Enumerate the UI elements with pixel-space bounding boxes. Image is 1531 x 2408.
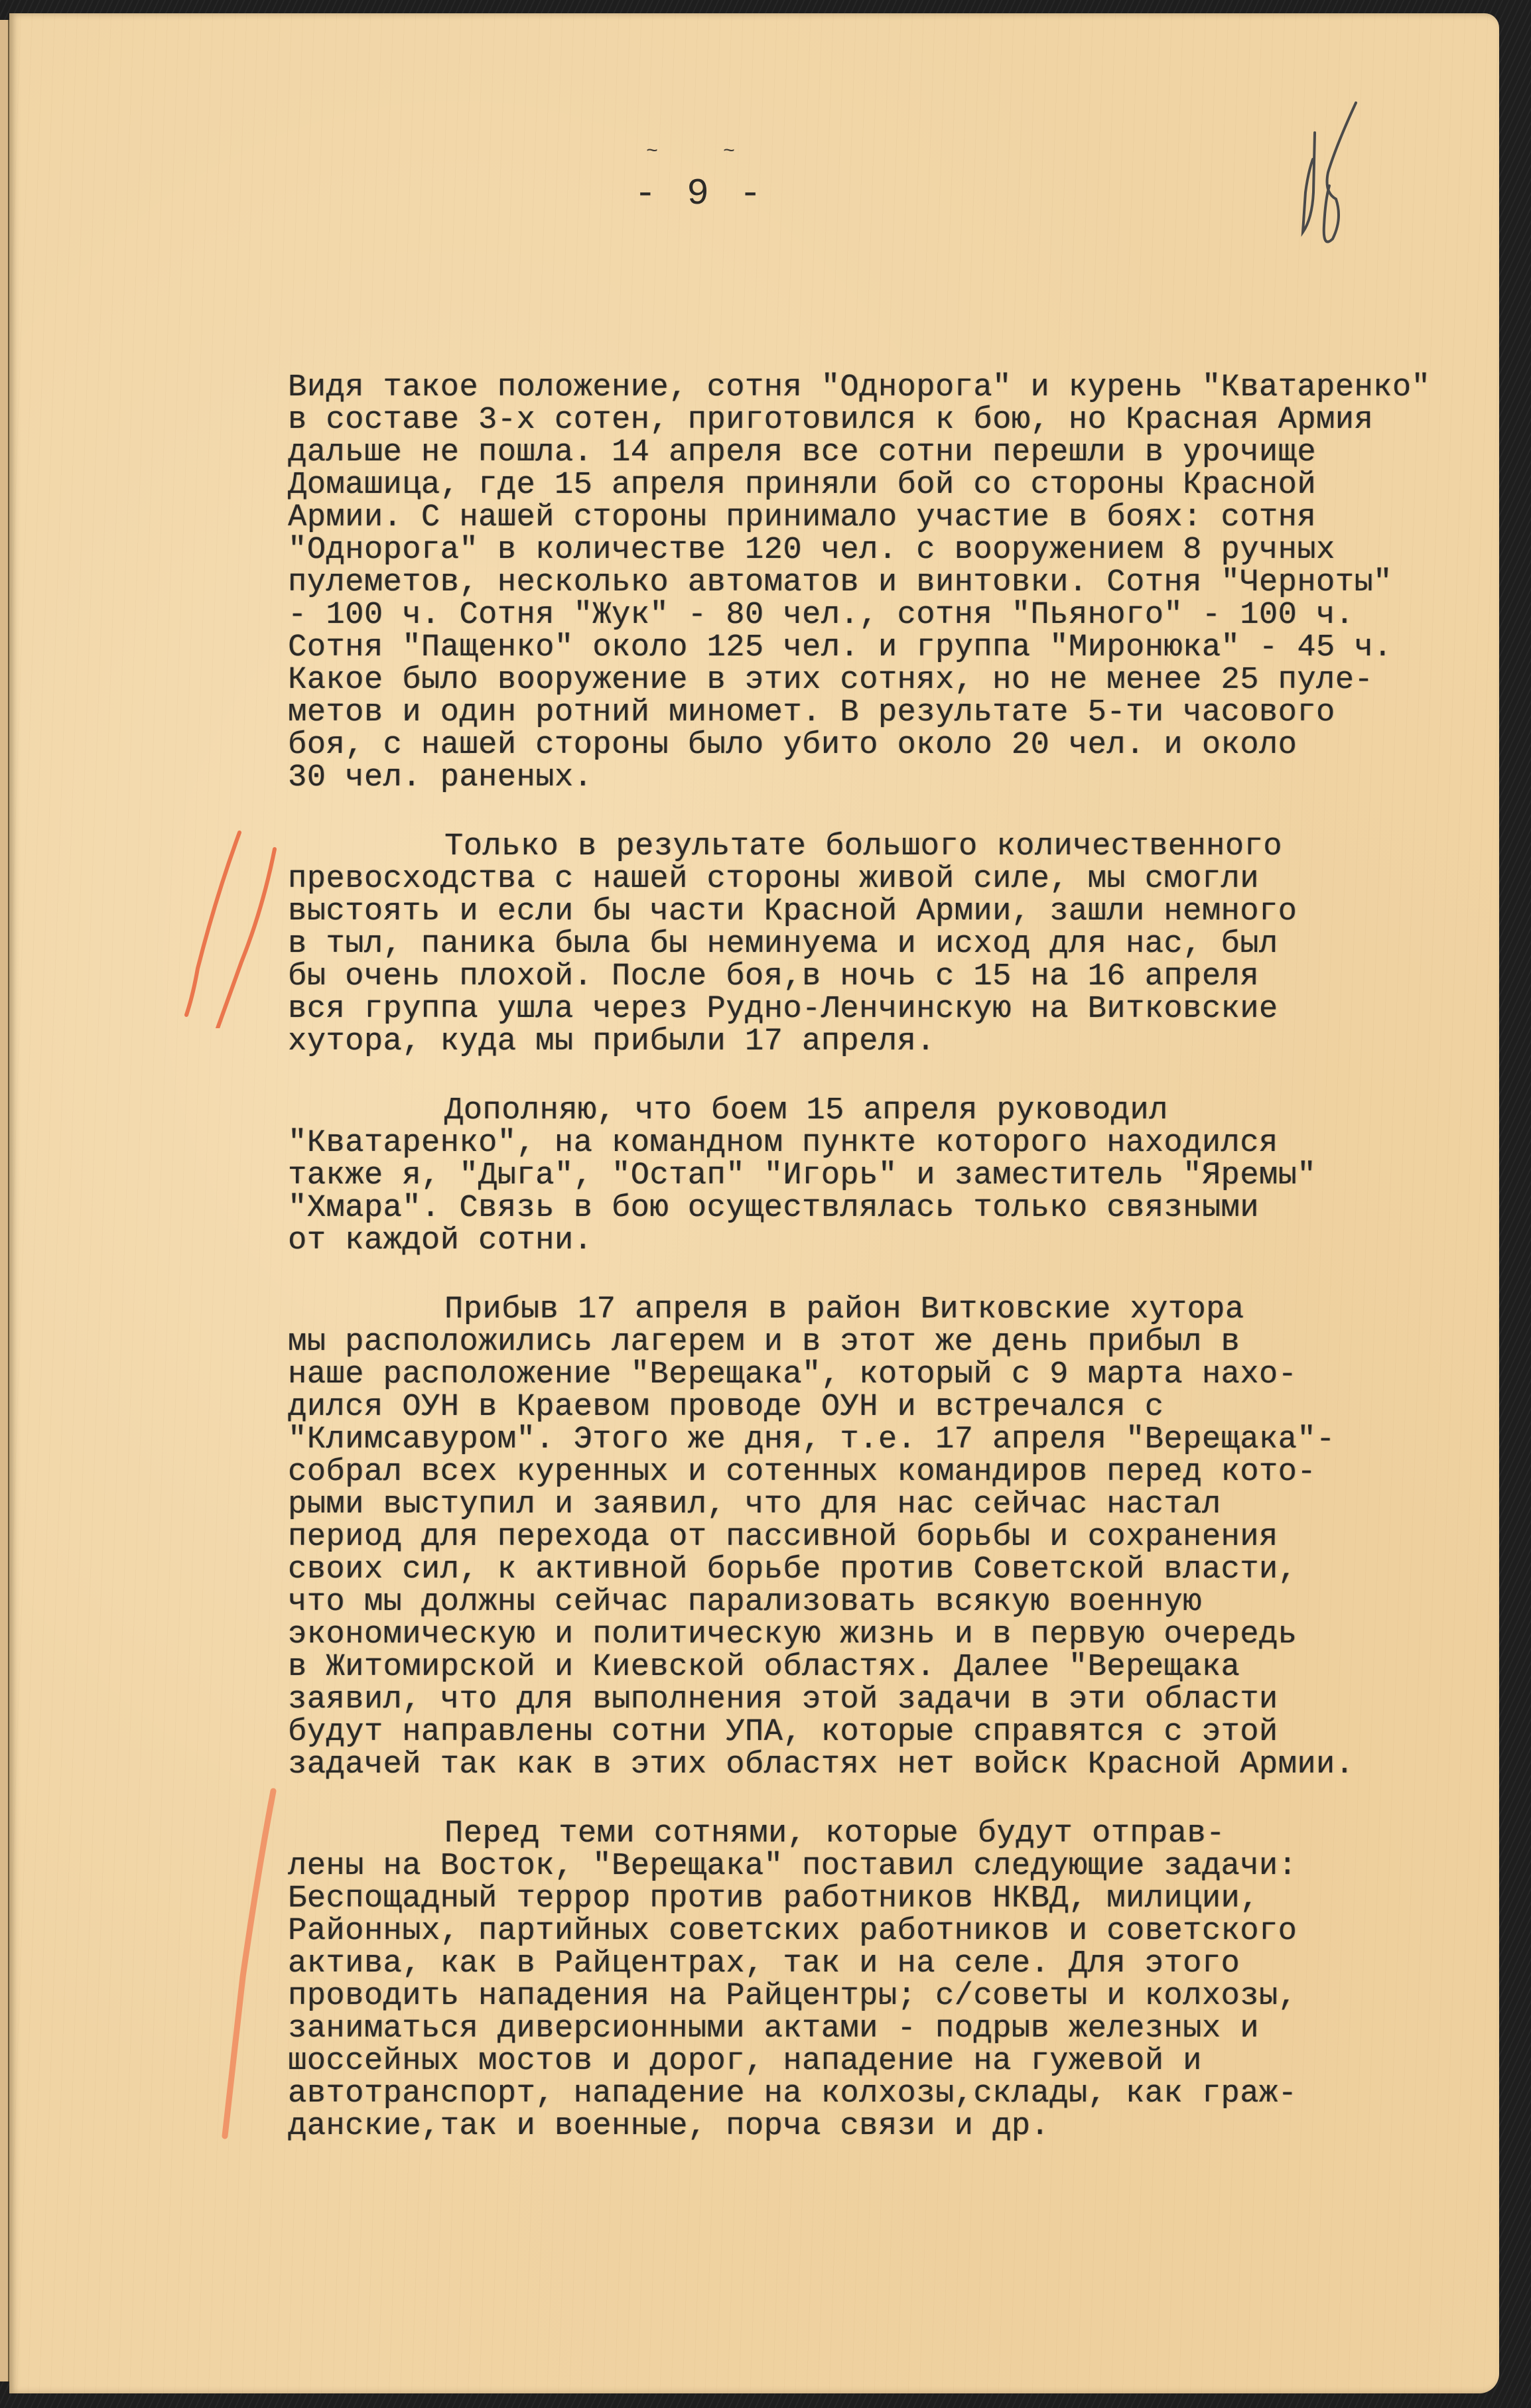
text-line: боя, с нашей стороны было убито около 20… (288, 729, 1508, 762)
text-line: "Климсавуром". Этого же дня, т.е. 17 апр… (288, 1424, 1508, 1456)
document-page: ~ ~ - 9 - Видя такое положение, сотня "О… (9, 13, 1499, 2393)
text-line: "Однорога" в количестве 120 чел. с воору… (288, 534, 1508, 567)
text-line: Районных, партийных советских работников… (288, 1915, 1508, 1948)
text-line: Видя такое положение, сотня "Однорога" и… (288, 371, 1508, 404)
text-line: Только в результате большого количествен… (288, 831, 1508, 863)
text-line: в составе 3-х сотен, приготовился к бою,… (288, 404, 1508, 436)
paragraph-5: Перед теми сотнями, которые будут отправ… (288, 1818, 1508, 2143)
text-line: "Кватаренко", на командном пункте которо… (288, 1127, 1508, 1160)
text-line: метов и один ротний миномет. В результат… (288, 697, 1508, 729)
text-line: рыми выступил и заявил, что для нас сейч… (288, 1489, 1508, 1521)
text-line: хутора, куда мы прибыли 17 апреля. (288, 1026, 1508, 1058)
text-line: в Житомирской и Киевской областях. Далее… (288, 1651, 1508, 1684)
text-line: от каждой сотни. (288, 1225, 1508, 1257)
red-pencil-mark-icon (163, 816, 283, 1028)
text-line: дился ОУН в Краевом проводе ОУН и встреч… (288, 1391, 1508, 1424)
text-line: вся группа ушла через Рудно-Ленчинскую н… (288, 993, 1508, 1026)
text-line: Прибыв 17 апреля в район Витковские хуто… (288, 1294, 1508, 1326)
text-line: заниматься диверсионными актами - подрыв… (288, 2013, 1508, 2045)
text-line: Армии. С нашей стороны принимало участие… (288, 502, 1508, 534)
text-line: Беспощадный террор против работников НКВ… (288, 1883, 1508, 1915)
paragraph-4: Прибыв 17 апреля в район Витковские хуто… (288, 1294, 1508, 1781)
handwritten-folio-number-icon (1250, 93, 1382, 259)
text-line: Перед теми сотнями, которые будут отправ… (288, 1818, 1508, 1850)
text-line: Домашица, где 15 апреля приняли бой со с… (288, 469, 1508, 502)
text-line: данские,так и военные, порча связи и др. (288, 2110, 1508, 2143)
paragraph-2: Только в результате большого количествен… (288, 831, 1508, 1058)
text-line: лены на Восток, "Верещака" поставил след… (288, 1850, 1508, 1883)
page-number-decoration: ~ ~ (646, 141, 762, 163)
text-line: экономическую и политическую жизнь и в п… (288, 1619, 1508, 1651)
paragraph-3: Дополняю, что боем 15 апреля руководил "… (288, 1095, 1508, 1257)
text-line: автотранспорт, нападение на колхозы,скла… (288, 2078, 1508, 2110)
text-line: пулеметов, несколько автоматов и винтовк… (288, 567, 1508, 599)
text-line: собрал всех куренных и сотенных командир… (288, 1456, 1508, 1489)
text-line: "Хмара". Связь в бою осуществлялась толь… (288, 1192, 1508, 1225)
text-line: дальше не пошла. 14 апреля все сотни пер… (288, 436, 1508, 469)
red-pencil-mark-icon (195, 1778, 295, 2149)
text-line: будут направлены сотни УПА, которые спра… (288, 1716, 1508, 1749)
text-line: 30 чел. раненых. (288, 762, 1508, 794)
text-line: период для перехода от пассивной борьбы … (288, 1521, 1508, 1554)
text-line: Дополняю, что боем 15 апреля руководил (288, 1095, 1508, 1127)
page-number: - 9 - (634, 172, 765, 215)
text-line: Какое было вооружение в этих сотнях, но … (288, 664, 1508, 697)
text-line: бы очень плохой. После боя,в ночь с 15 н… (288, 961, 1508, 993)
text-line: шоссейных мостов и дорог, нападение на г… (288, 2045, 1508, 2078)
text-line: в тыл, паника была бы неминуема и исход … (288, 928, 1508, 961)
text-line: что мы должны сейчас парализовать всякую… (288, 1586, 1508, 1619)
text-line: своих сил, к активной борьбе против Сове… (288, 1554, 1508, 1586)
text-line: мы расположились лагерем и в этот же ден… (288, 1326, 1508, 1359)
text-line: задачей так как в этих областях нет войс… (288, 1749, 1508, 1781)
paragraph-1: Видя такое положение, сотня "Однорога" и… (288, 371, 1508, 794)
text-line: также я, "Дыга", "Остап" "Игорь" и замес… (288, 1160, 1508, 1192)
typewritten-body: Видя такое положение, сотня "Однорога" и… (288, 371, 1508, 2179)
adjacent-page-edge (0, 20, 10, 2381)
text-line: превосходства с нашей стороны живой силе… (288, 863, 1508, 896)
text-line: проводить нападения на Райцентры; с/сове… (288, 1980, 1508, 2013)
text-line: - 100 ч. Сотня "Жук" - 80 чел., сотня "П… (288, 599, 1508, 632)
text-line: выстоять и если бы части Красной Армии, … (288, 896, 1508, 928)
text-line: Сотня "Пащенко" около 125 чел. и группа … (288, 632, 1508, 664)
text-line: наше расположение "Верещака", который с … (288, 1359, 1508, 1391)
text-line: заявил, что для выполнения этой задачи в… (288, 1684, 1508, 1716)
text-line: актива, как в Райцентрах, так и на селе.… (288, 1948, 1508, 1980)
